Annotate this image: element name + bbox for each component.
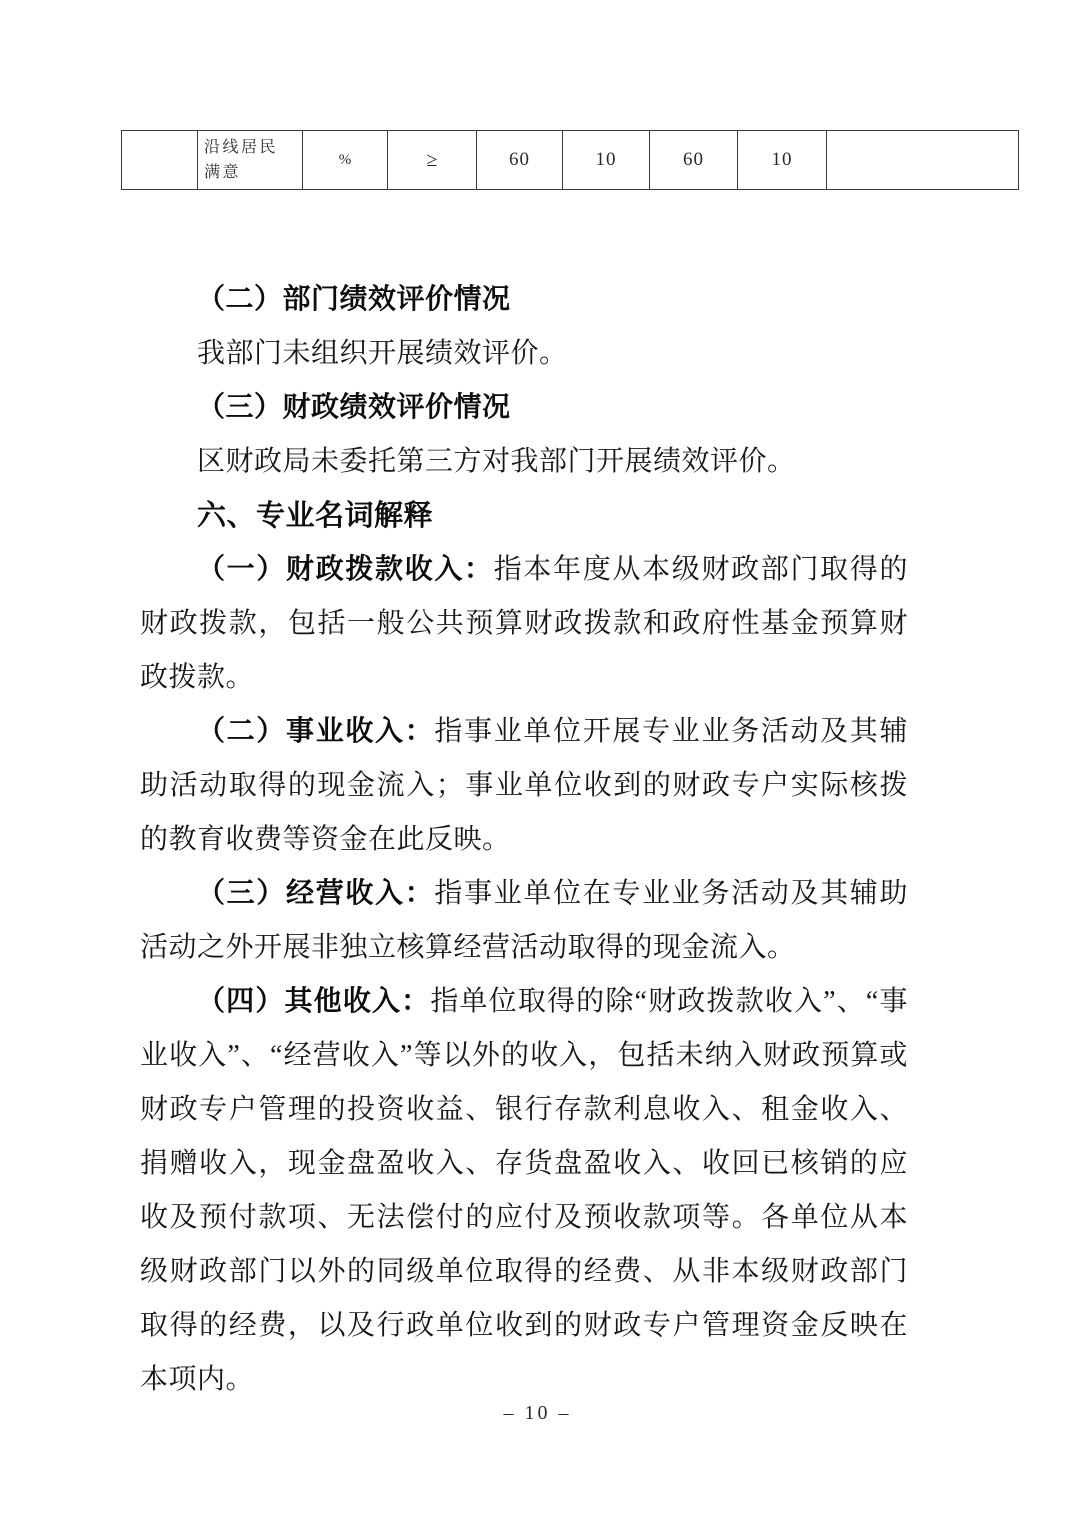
term-paragraph-4: （四）其他收入：指单位取得的除“财政拨款收入”、“事业收入”、“经营收入”等以外… [140,975,908,1407]
table-cell-value-1: 60 [477,131,563,190]
term-definition-4: 指单位取得的除“财政拨款收入”、“事业收入”、“经营收入”等以外的收入，包括未纳… [140,986,908,1395]
paragraph-section-2: 我部门未组织开展绩效评价。 [140,327,908,381]
page-number: – 10 – [0,1402,1075,1425]
term-paragraph-3: （三）经营收入：指事业单位在专业业务活动及其辅助活动之外开展非独立核算经营活动取… [140,867,908,975]
heading-section-2: （二）部门绩效评价情况 [140,273,908,327]
heading-section-3: （三）财政绩效评价情况 [140,381,908,435]
table-cell-indicator-name: 沿线居民满意 [198,131,303,190]
term-paragraph-2: （二）事业收入：指事业单位开展专业业务活动及其辅助活动取得的现金流入；事业单位收… [140,705,908,867]
table-cell-value-3: 60 [650,131,738,190]
document-body: （二）部门绩效评价情况 我部门未组织开展绩效评价。 （三）财政绩效评价情况 区财… [140,273,908,1407]
paragraph-section-3: 区财政局未委托第三方对我部门开展绩效评价。 [140,435,908,489]
heading-section-6: 六、专业名词解释 [140,489,908,543]
term-paragraph-1: （一）财政拨款收入：指本年度从本级财政部门取得的财政拨款，包括一般公共预算财政拨… [140,543,908,705]
indicator-table: 沿线居民满意 % ≥ 60 10 60 10 [121,130,1019,190]
term-label-4: （四）其他收入： [197,986,430,1017]
table-row: 沿线居民满意 % ≥ 60 10 60 10 [122,131,1019,190]
table-cell-empty-right [827,131,1019,190]
table-cell-value-2: 10 [563,131,650,190]
table-cell-empty-left [122,131,198,190]
table-cell-comparator: ≥ [388,131,477,190]
term-label-3: （三）经营收入： [197,878,434,909]
term-label-2: （二）事业收入： [197,716,434,747]
term-label-1: （一）财政拨款收入： [197,554,494,585]
table-cell-unit: % [303,131,388,190]
table-cell-value-4: 10 [738,131,827,190]
document-page: 沿线居民满意 % ≥ 60 10 60 10 （二）部门绩效评价情况 我部门未组… [0,0,1075,1520]
